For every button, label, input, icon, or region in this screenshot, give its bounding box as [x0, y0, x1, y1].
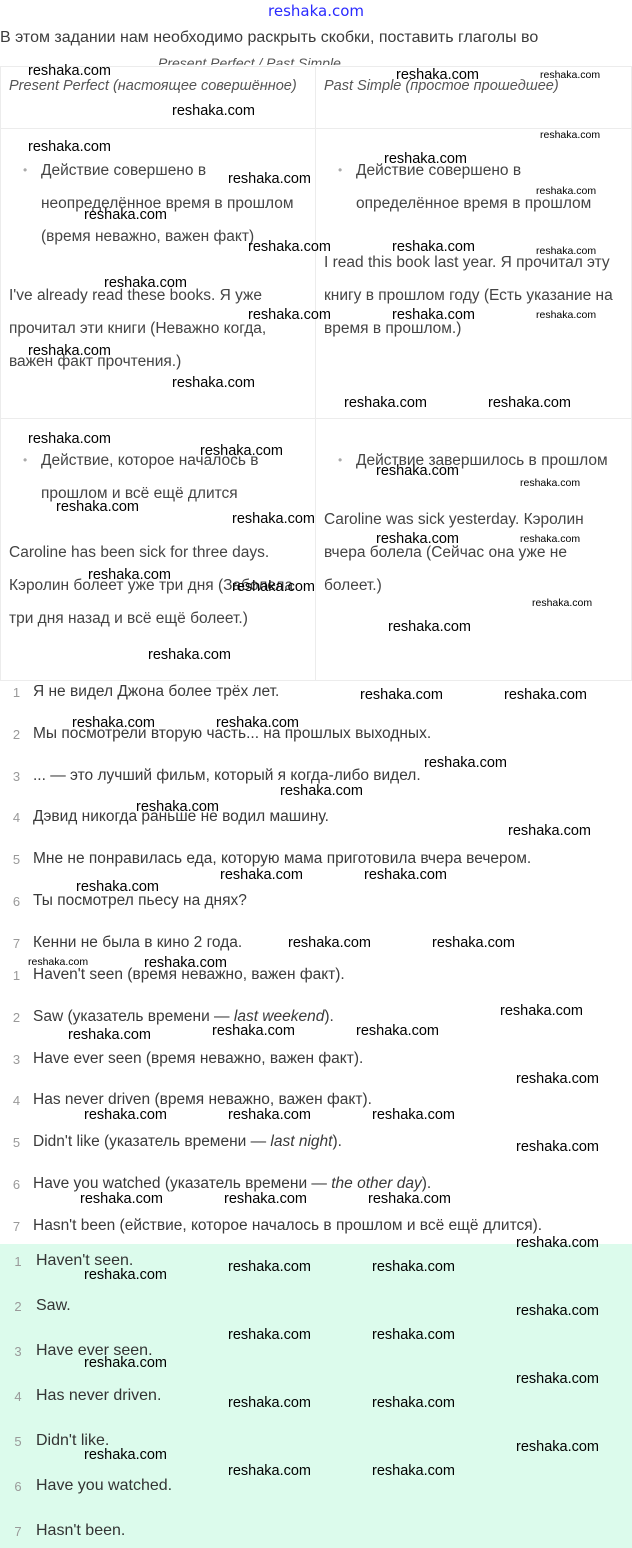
cell-past-simple-1: •Действие совершено в определённое время…: [316, 129, 632, 419]
intro-text: В этом задании нам необходимо раскрыть с…: [0, 29, 538, 47]
item-text: Ты посмотрел пьесу на днях?: [33, 892, 247, 910]
item-text: Haven't seen.: [36, 1252, 133, 1270]
bullet-icon: •: [23, 154, 41, 253]
item-text: Has never driven.: [36, 1387, 161, 1405]
translation-item: 6Ты посмотрел пьесу на днях?: [0, 892, 247, 910]
item-text: Hasn't been.: [36, 1522, 125, 1540]
answers-block: 1Haven't seen.2Saw.3Have ever seen.4Has …: [0, 1244, 632, 1548]
item-text: Hasn't been (ействие, которое началось в…: [33, 1217, 542, 1235]
answer-item: 3Have ever seen.: [0, 1342, 153, 1360]
watermark-text: reshaka.com: [372, 1107, 455, 1123]
explanation-item: 5Didn't like (указатель времени — last n…: [0, 1133, 342, 1151]
cell-present-perfect-1: •Действие совершено в неопределённое вре…: [1, 129, 316, 419]
watermark-text: reshaka.com: [368, 1191, 451, 1207]
watermark-text: reshaka.com: [508, 823, 591, 839]
item-number: 6: [0, 1477, 36, 1495]
translation-item: 5Мне не понравилась еда, которую мама пр…: [0, 850, 531, 868]
rule-bullet: •Действие совершено в неопределённое вре…: [23, 154, 307, 253]
item-text: Saw (указатель времени — last weekend).: [33, 1008, 334, 1026]
header-present-perfect: Present Perfect (настоящее совершённое): [1, 67, 316, 129]
translation-item: 4Дэвид никогда раньше не водил машину.: [0, 808, 329, 826]
explanation-item: 2Saw (указатель времени — last weekend).: [0, 1008, 334, 1026]
item-number: 7: [0, 1217, 33, 1235]
answer-item: 7Hasn't been.: [0, 1522, 125, 1540]
explanation-item: 3Have ever seen (время неважно, важен фа…: [0, 1050, 363, 1068]
item-text: Didn't like.: [36, 1432, 109, 1450]
item-number: 7: [0, 934, 33, 952]
bullet-icon: •: [338, 444, 356, 477]
item-number: 4: [0, 808, 33, 826]
watermark-text: reshaka.com: [220, 867, 303, 883]
item-number: 2: [0, 725, 33, 743]
item-number: 1: [0, 683, 33, 701]
watermark-text: reshaka.com: [80, 1191, 163, 1207]
item-text: Мне не понравилась еда, которую мама при…: [33, 850, 531, 868]
watermark-text: reshaka.com: [280, 783, 363, 799]
explanation-item: 6Have you watched (указатель времени — t…: [0, 1175, 431, 1193]
intro-text-cut: Present Perfect / Past Simple: [158, 55, 341, 65]
translation-item: 7Кенни не была в кино 2 года.: [0, 934, 242, 952]
watermark-text: reshaka.com: [288, 935, 371, 951]
watermark-text: reshaka.com: [504, 687, 587, 703]
watermark-text: reshaka.com: [500, 1003, 583, 1019]
item-number: 3: [0, 1342, 36, 1360]
cell-past-simple-2: •Действие завершилось в прошлом Caroline…: [316, 419, 632, 681]
item-number: 3: [0, 1050, 33, 1068]
item-number: 2: [0, 1297, 36, 1315]
tense-comparison-table: Present Perfect (настоящее совершённое) …: [0, 66, 632, 681]
translation-item: 1Я не видел Джона более трёх лет.: [0, 683, 279, 701]
item-text: Have ever seen (время неважно, важен фак…: [33, 1050, 363, 1068]
item-text: Have ever seen.: [36, 1342, 153, 1360]
item-text: Have you watched.: [36, 1477, 172, 1495]
answer-item: 1Haven't seen.: [0, 1252, 133, 1270]
item-number: 2: [0, 1008, 33, 1026]
item-text: ... — это лучший фильм, который я когда-…: [33, 767, 421, 785]
watermark-text: reshaka.com: [228, 1107, 311, 1123]
explanation-item: 1Haven't seen (время неважно, важен факт…: [0, 966, 345, 984]
answer-item: 5Didn't like.: [0, 1432, 109, 1450]
watermark-text: reshaka.com: [424, 755, 507, 771]
item-text: Have you watched (указатель времени — th…: [33, 1175, 431, 1193]
item-number: 6: [0, 892, 33, 910]
translation-item: 2Мы посмотрели вторую часть... на прошлы…: [0, 725, 431, 743]
watermark-text: reshaka.com: [364, 867, 447, 883]
rule-bullet: •Действие завершилось в прошлом: [338, 444, 623, 477]
watermark-text: reshaka.com: [84, 1107, 167, 1123]
watermark-text: reshaka.com: [224, 1191, 307, 1207]
watermark-text: reshaka.com: [516, 1139, 599, 1155]
item-number: 1: [0, 1252, 36, 1270]
example-text: Caroline was sick yesterday. Кэролин вче…: [324, 503, 623, 602]
answer-item: 2Saw.: [0, 1297, 71, 1315]
watermark-text: reshaka.com: [432, 935, 515, 951]
item-number: 5: [0, 1432, 36, 1450]
item-number: 4: [0, 1387, 36, 1405]
header-past-simple: Past Simple (простое прошедшее): [316, 67, 632, 129]
translation-item: 3... — это лучший фильм, который я когда…: [0, 767, 421, 785]
item-text: Saw.: [36, 1297, 71, 1315]
item-number: 4: [0, 1091, 33, 1109]
answer-item: 4Has never driven.: [0, 1387, 161, 1405]
item-text: Didn't like (указатель времени — last ni…: [33, 1133, 342, 1151]
item-text: Дэвид никогда раньше не водил машину.: [33, 808, 329, 826]
item-number: 5: [0, 1133, 33, 1151]
rule-bullet: •Действие, которое началось в прошлом и …: [23, 444, 307, 510]
item-number: 1: [0, 966, 33, 984]
watermark-text: reshaka.com: [360, 687, 443, 703]
explanation-item: 4Has never driven (время неважно, важен …: [0, 1091, 372, 1109]
watermark-text: reshaka.com: [68, 1027, 151, 1043]
example-text: Caroline has been sick for three days. К…: [9, 536, 307, 635]
watermark-text: reshaka.com: [356, 1023, 439, 1039]
bullet-icon: •: [23, 444, 41, 510]
cell-present-perfect-2: •Действие, которое началось в прошлом и …: [1, 419, 316, 681]
item-text: Мы посмотрели вторую часть... на прошлых…: [33, 725, 431, 743]
example-text: I read this book last year. Я прочитал э…: [324, 246, 623, 345]
example-text: I've already read these books. Я уже про…: [9, 279, 307, 378]
bullet-icon: •: [338, 154, 356, 220]
item-number: 3: [0, 767, 33, 785]
answer-item: 6Have you watched.: [0, 1477, 172, 1495]
site-logo[interactable]: reshaka.com: [0, 2, 632, 20]
item-number: 6: [0, 1175, 33, 1193]
rule-bullet: •Действие совершено в определённое время…: [338, 154, 623, 220]
item-text: Has never driven (время неважно, важен ф…: [33, 1091, 372, 1109]
item-number: 7: [0, 1522, 36, 1540]
explanation-item: 7Hasn't been (ействие, которое началось …: [0, 1217, 542, 1235]
item-text: Я не видел Джона более трёх лет.: [33, 683, 279, 701]
watermark-text: reshaka.com: [516, 1071, 599, 1087]
item-number: 5: [0, 850, 33, 868]
item-text: Haven't seen (время неважно, важен факт)…: [33, 966, 345, 984]
item-text: Кенни не была в кино 2 года.: [33, 934, 242, 952]
